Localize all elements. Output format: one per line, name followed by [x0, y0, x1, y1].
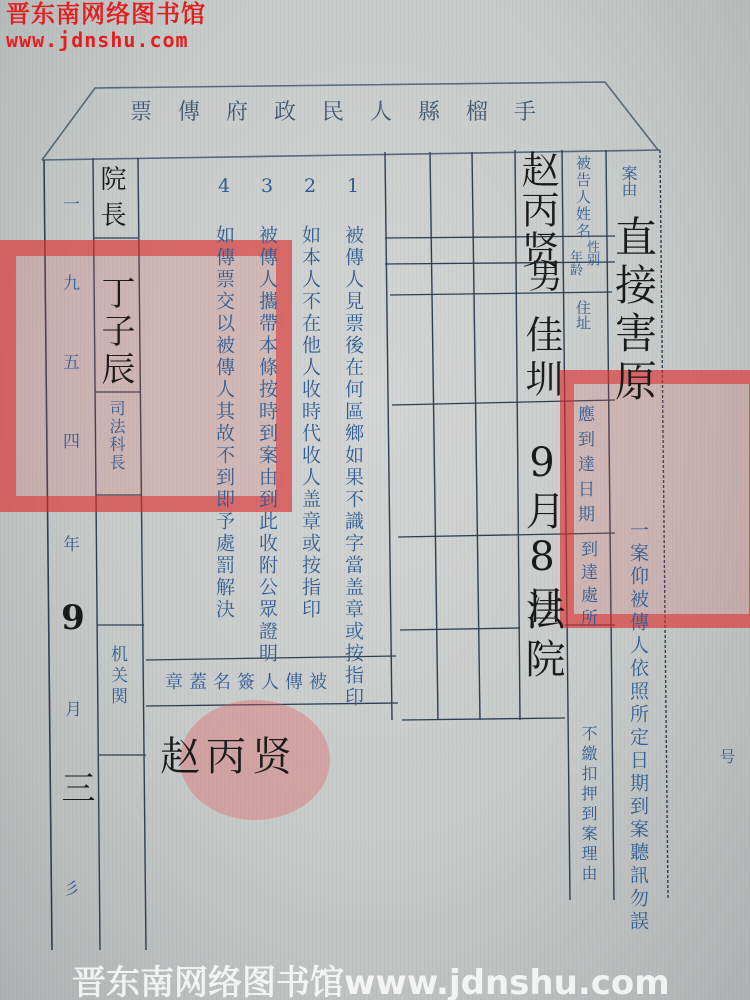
sex-value: 男 — [525, 258, 559, 292]
date-month-label: 月 — [62, 700, 79, 717]
instruction-2: 2 如本人不在他人收時代收人盖章或按指印 — [300, 175, 319, 621]
margin-mark: 号 — [718, 748, 734, 764]
document-paper: 晋东南网络图书馆 www.jdnshu.com 手榴縣人民 — [0, 0, 750, 1000]
watermark-bottom: 晋东南网络图书馆www.jdnshu.com — [72, 955, 670, 1000]
date-year: 一九五四 — [60, 195, 77, 511]
appear-date-label: 應到達日期 — [575, 405, 592, 530]
defendant-name-value: 赵丙贤 — [518, 150, 556, 270]
absent-reason-label: 不繳扣押到案理由 — [580, 725, 596, 885]
date-day: 三 — [58, 770, 92, 804]
cause-value: 直接害原 — [612, 215, 654, 407]
red-seal-stamp-left — [0, 240, 292, 512]
instruction-3: 3 被傳人攜帶本條按時到案由到此收附公眾證明 — [257, 175, 276, 665]
court-official-subtitle: 司法科長 — [108, 400, 124, 472]
appear-place-label: 到達處所 — [578, 540, 595, 632]
summons-note: 一案仰被傳人依照所定日期到案聽訊勿誤 — [628, 520, 647, 934]
instruction-4: 4 如傳票交以被傳人其故不到即予處罰解決 — [214, 175, 233, 621]
date-trailing-mark: 彡 — [62, 880, 78, 896]
court-president-label: 院長 — [98, 165, 124, 237]
age-label: 年龄 — [568, 250, 581, 276]
court-official-name: 丁子辰 — [98, 275, 132, 389]
appear-place-value: 法院 — [522, 590, 562, 686]
defendant-name-label: 被告人姓名 — [575, 155, 590, 240]
signature-label: 被傳人簽名蓋章 — [165, 668, 333, 694]
document-title: 手榴縣人民政府傳票 — [130, 95, 562, 126]
defendant-signature: 赵丙贤 — [160, 725, 298, 782]
issuing-office-label: 机关関 — [108, 645, 125, 708]
cause-label: 案由 — [620, 165, 636, 197]
address-label: 住址 — [575, 300, 590, 330]
date-year-label: 年 — [60, 535, 77, 552]
date-month: 9 — [56, 598, 90, 638]
instruction-1: 1 被傳人見票後在何區鄉如果不識字當盖章或按指印 — [343, 175, 362, 709]
address-value: 佳圳 — [522, 315, 560, 403]
sex-label: 性别 — [585, 240, 598, 266]
